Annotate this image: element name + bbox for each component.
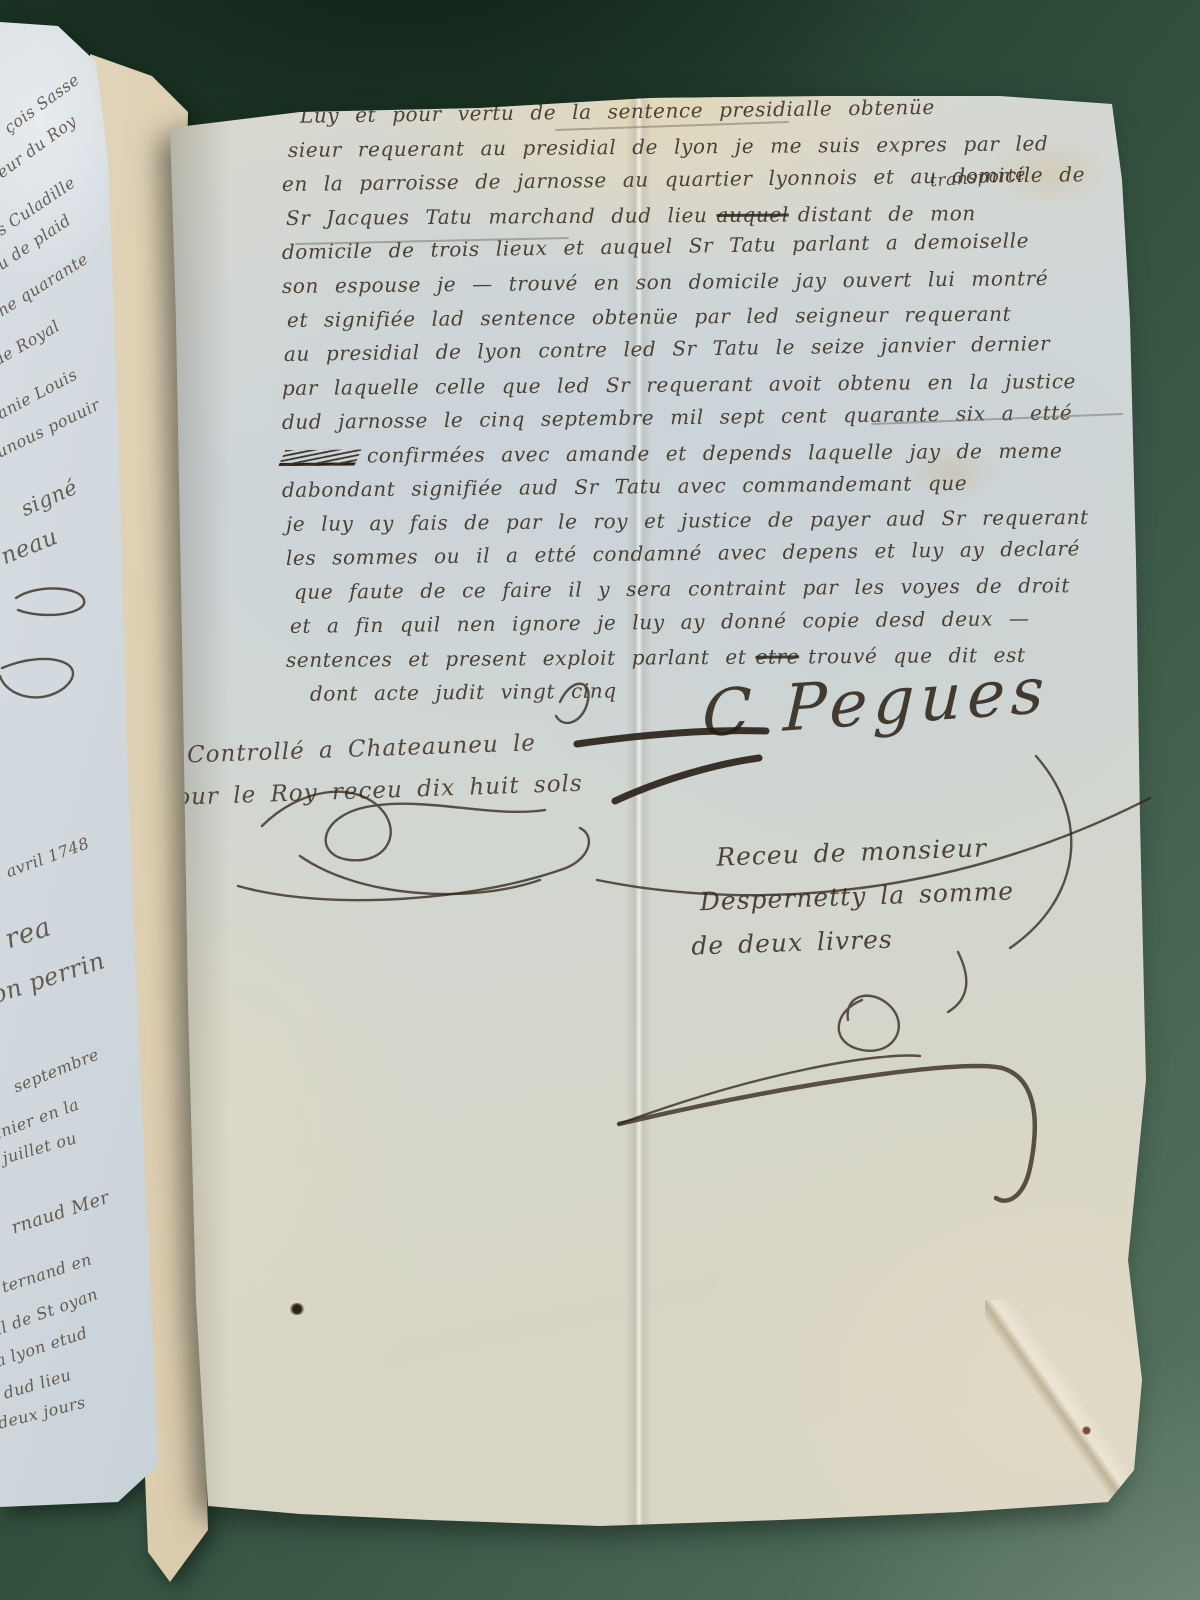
ink-stain	[152, 1394, 164, 1410]
ink-stain	[289, 1303, 305, 1315]
main-page: Luy et pour vertu de la sentence presidi…	[0, 0, 1200, 1600]
main-page-wrapper: Luy et pour vertu de la sentence presidi…	[0, 0, 1200, 1600]
control-note: Controllé a Chateauneu le pour le Roy re…	[159, 729, 584, 828]
struck-word: auquel	[716, 202, 788, 227]
manuscript-photo-scene: çois Sasse ieur du Roy s Culadille eu de…	[0, 0, 1200, 1600]
small-spot	[1082, 1426, 1091, 1435]
line-segment: Sr Jacques Tatu marchand dud lieu	[286, 203, 708, 230]
line-segment: sentences et present exploit parlant et	[286, 645, 747, 672]
bottom-right-corner-crease	[985, 1300, 1140, 1510]
line-segment: confirmées avec amande et depends laquel…	[367, 439, 1063, 468]
line-segment: distant de mon	[798, 201, 976, 226]
body-text: Luy et pour vertu de la sentence presidi…	[282, 104, 1132, 716]
scribbled-out-word	[278, 449, 361, 466]
struck-word: etre	[755, 644, 799, 668]
receipt-note: Receu de monsieur Despernetty la somme d…	[688, 832, 1017, 975]
